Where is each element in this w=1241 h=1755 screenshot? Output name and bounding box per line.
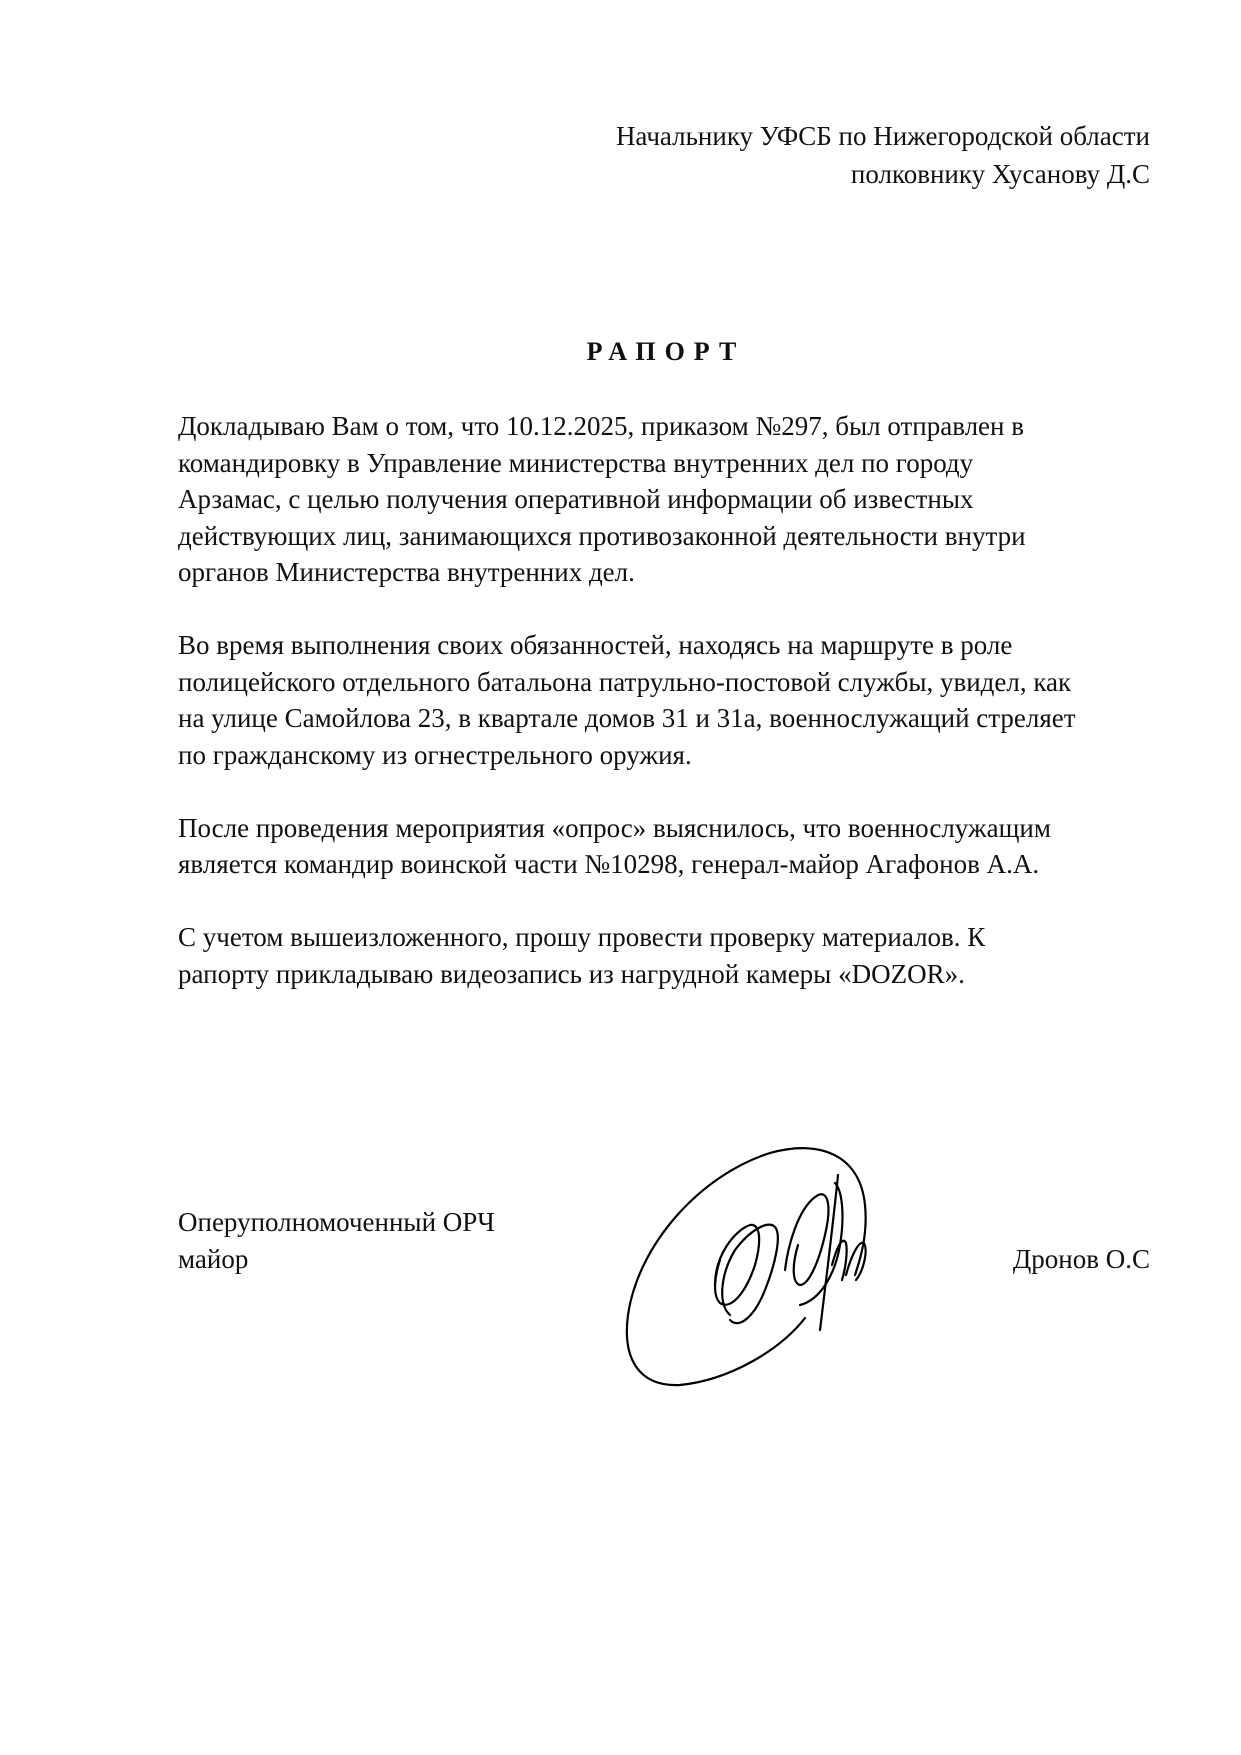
text-line: полицейского отдельного батальона патрул… <box>178 664 1168 701</box>
text-line: После проведения мероприятия «опрос» выя… <box>178 810 1168 847</box>
text-line: рапорту прикладываю видеозапись из нагру… <box>178 956 1168 993</box>
document-page: Начальнику УФСБ по Нижегородской области… <box>0 0 1241 1755</box>
addressee-line-1: Начальнику УФСБ по Нижегородской области <box>616 117 1150 155</box>
text-line: командировку в Управление министерства в… <box>178 445 1168 482</box>
signer-position-block: Оперуполномоченный ОРЧ майор <box>178 1204 495 1278</box>
paragraph-3: После проведения мероприятия «опрос» выя… <box>178 810 1168 883</box>
text-line: С учетом вышеизложенного, прошу провести… <box>178 919 1168 956</box>
document-body: Докладываю Вам о том, что 10.12.2025, пр… <box>178 408 1168 1029</box>
addressee-block: Начальнику УФСБ по Нижегородской области… <box>616 117 1150 193</box>
paragraph-1: Докладываю Вам о том, что 10.12.2025, пр… <box>178 408 1168 591</box>
document-title: РАПОРТ <box>0 335 1241 369</box>
handwritten-signature-icon <box>620 1135 880 1390</box>
text-line: по гражданскому из огнестрельного оружия… <box>178 737 1168 774</box>
signer-rank: майор <box>178 1241 495 1278</box>
signer-position: Оперуполномоченный ОРЧ <box>178 1204 495 1241</box>
text-line: Арзамас, с целью получения оперативной и… <box>178 481 1168 518</box>
addressee-line-2: полковнику Хусанову Д.С <box>616 155 1150 193</box>
text-line: органов Министерства внутренних дел. <box>178 554 1168 591</box>
text-line: Докладываю Вам о том, что 10.12.2025, пр… <box>178 408 1168 445</box>
text-line: является командир воинской части №10298,… <box>178 846 1168 883</box>
signer-name: Дронов О.С <box>1013 1241 1150 1278</box>
text-line: на улице Самойлова 23, в квартале домов … <box>178 700 1168 737</box>
paragraph-2: Во время выполнения своих обязанностей, … <box>178 627 1168 773</box>
text-line: Во время выполнения своих обязанностей, … <box>178 627 1168 664</box>
text-line: действующих лиц, занимающихся противозак… <box>178 518 1168 555</box>
paragraph-4: С учетом вышеизложенного, прошу провести… <box>178 919 1168 992</box>
